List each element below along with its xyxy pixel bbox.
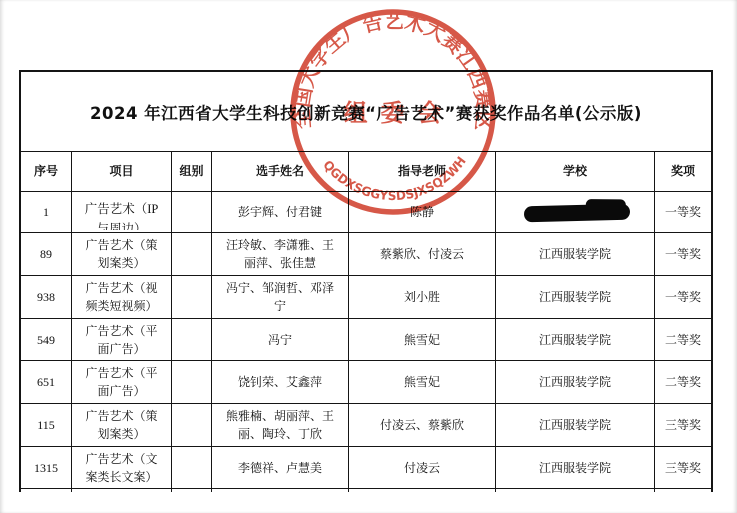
col-header-names: 选手姓名 (212, 152, 349, 192)
redaction-mark (524, 204, 630, 223)
col-header-award: 奖项 (655, 152, 711, 192)
award-table: 2024 年江西省大学生科技创新竞赛“广告艺术”赛获奖作品名单(公示版) 序号 … (19, 70, 713, 492)
clipped-project-text: 广告艺术（IP 与周边） (85, 199, 159, 230)
cell-names: 李德祥、卢慧美 (212, 447, 349, 489)
cell-project: 广告艺术（策 划案类） (72, 233, 172, 276)
project-line: 广告艺术（平 (85, 322, 157, 340)
project-line: 与周边） (85, 219, 159, 230)
cell-no: 549 (21, 319, 72, 361)
cell-names: 彭宇辉、付君键 (212, 192, 349, 233)
cell-award: 一等奖 (655, 233, 711, 276)
col-header-school: 学校 (496, 152, 655, 192)
cell-group (172, 233, 212, 276)
cell-award: 三等奖 (655, 447, 711, 489)
names-line: 丽、陶玲、丁欣 (238, 425, 322, 443)
cell-award: 一等奖 (655, 276, 711, 319)
cell-school: 江西服装学院 (496, 404, 655, 447)
cell-group (172, 361, 212, 404)
cell-names: 熊雅楠、胡丽萍、王 丽、陶玲、丁欣 (212, 404, 349, 447)
cell-group (172, 319, 212, 361)
cell-names: 汪玲敏、李潇雅、王 丽萍、张佳慧 (212, 233, 349, 276)
cell-project: 广告艺术（平 面广告） (72, 361, 172, 404)
partial-row-cell (655, 489, 711, 492)
project-line: 广告艺术（文 (85, 450, 157, 468)
cell-no: 938 (21, 276, 72, 319)
partial-row-cell (212, 489, 349, 492)
col-header-advisors: 指导老师 (349, 152, 496, 192)
cell-award: 二等奖 (655, 361, 711, 404)
cell-names: 冯宁 (212, 319, 349, 361)
project-line: 广告艺术（视 (85, 279, 157, 297)
partial-row-cell (349, 489, 496, 492)
names-line: 冯宁 (268, 331, 292, 349)
cell-group (172, 276, 212, 319)
cell-no: 651 (21, 361, 72, 404)
cell-no: 1 (21, 192, 72, 233)
cell-advisors: 付凌云、蔡紫欣 (349, 404, 496, 447)
cell-names: 冯宁、邹润哲、邓泽 宁 (212, 276, 349, 319)
cell-school: 江西服装学院 (496, 276, 655, 319)
project-line: 面广告） (97, 340, 145, 358)
project-line: 划案类） (97, 425, 145, 443)
cell-advisors: 刘小胜 (349, 276, 496, 319)
partial-row-cell (172, 489, 212, 492)
cell-advisors: 蔡紫欣、付凌云 (349, 233, 496, 276)
project-line: 广告艺术（平 (85, 364, 157, 382)
cell-award: 二等奖 (655, 319, 711, 361)
cell-school: 江西服装学院 (496, 319, 655, 361)
partial-row-cell (21, 489, 72, 492)
cell-project: 广告艺术（平 面广告） (72, 319, 172, 361)
cell-school (496, 192, 655, 233)
cell-no: 115 (21, 404, 72, 447)
cell-group (172, 404, 212, 447)
cell-project: 广告艺术（策 划案类） (72, 404, 172, 447)
cell-school: 江西服装学院 (496, 361, 655, 404)
redaction-mark-bump (586, 199, 626, 210)
page-title: 2024 年江西省大学生科技创新竞赛“广告艺术”赛获奖作品名单(公示版) (90, 100, 642, 124)
cell-school: 江西服装学院 (496, 447, 655, 489)
cell-no: 1315 (21, 447, 72, 489)
cell-advisors: 熊雪妃 (349, 361, 496, 404)
project-line: 广告艺术（策 (85, 407, 157, 425)
names-line: 冯宁、邹润哲、邓泽 (226, 279, 334, 297)
title-row: 2024 年江西省大学生科技创新竞赛“广告艺术”赛获奖作品名单(公示版) (21, 72, 711, 152)
project-line: 划案类） (97, 254, 145, 272)
cell-names: 饶钊荣、艾鑫萍 (212, 361, 349, 404)
cell-award: 一等奖 (655, 192, 711, 233)
partial-row-cell (496, 489, 655, 492)
col-header-no: 序号 (21, 152, 72, 192)
project-line: 案类长文案） (85, 468, 157, 486)
names-line: 丽萍、张佳慧 (244, 254, 316, 272)
cell-project: 广告艺术（文 案类长文案） (72, 447, 172, 489)
cell-school: 江西服装学院 (496, 233, 655, 276)
cell-no: 89 (21, 233, 72, 276)
cell-project: 广告艺术（视 频类短视频） (72, 276, 172, 319)
names-line: 熊雅楠、胡丽萍、王 (226, 407, 334, 425)
names-line: 汪玲敏、李潇雅、王 (226, 236, 334, 254)
names-line: 宁 (274, 297, 286, 315)
cell-group (172, 447, 212, 489)
project-line: 频类短视频） (85, 297, 157, 315)
names-line: 彭宇辉、付君键 (238, 203, 322, 221)
partial-row-cell (72, 489, 172, 492)
cell-advisors: 付凌云 (349, 447, 496, 489)
cell-advisors: 熊雪妃 (349, 319, 496, 361)
project-line: 广告艺术（策 (85, 236, 157, 254)
scanned-document-page: 全国大学生广告艺术大赛江西赛区 QGDXSGGYSDSJXSQZWH 组委会 2… (0, 0, 737, 513)
cell-project: 广告艺术（IP 与周边） (72, 192, 172, 233)
cell-advisors: 陈静 (349, 192, 496, 233)
col-header-project: 项目 (72, 152, 172, 192)
names-line: 李德祥、卢慧美 (238, 459, 322, 477)
project-line: 广告艺术（IP (85, 199, 159, 219)
names-line: 饶钊荣、艾鑫萍 (238, 373, 322, 391)
cell-group (172, 192, 212, 233)
cell-award: 三等奖 (655, 404, 711, 447)
project-line: 面广告） (97, 382, 145, 400)
col-header-group: 组别 (172, 152, 212, 192)
